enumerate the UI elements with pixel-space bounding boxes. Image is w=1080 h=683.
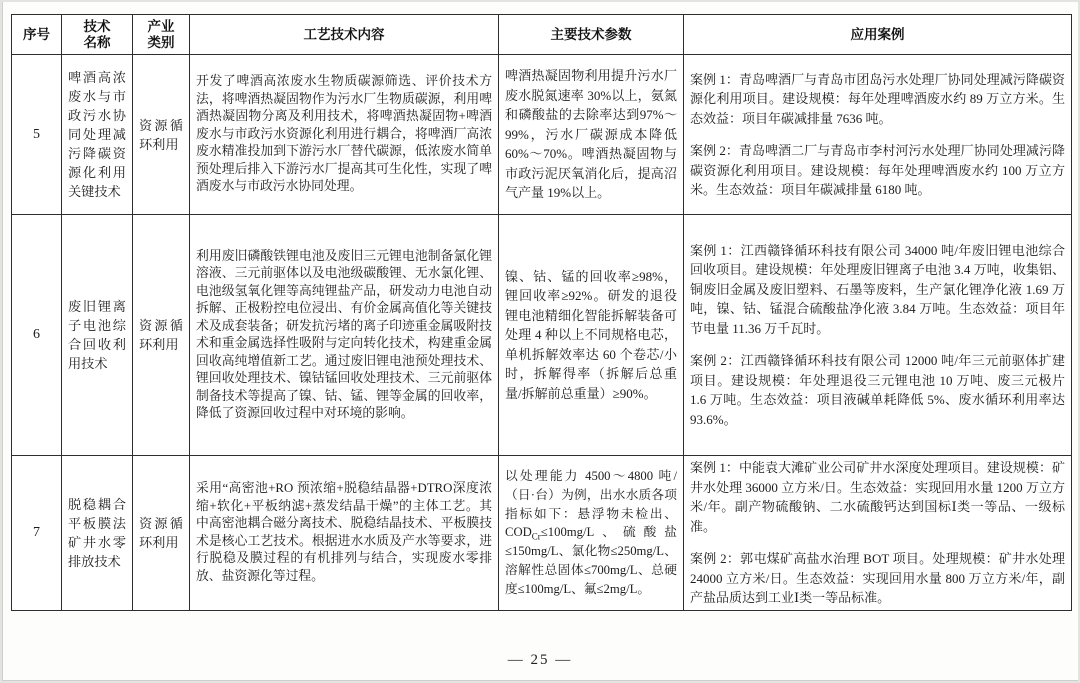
technology-table: 序号 技术 名称 产业 类别 工艺技术内容 主要技术参数 应用案例 5 啤酒高浓… — [11, 14, 1072, 611]
header-technical-parameters: 主要技术参数 — [499, 15, 684, 55]
params-subscript: Cr — [532, 532, 541, 542]
header-process-content: 工艺技术内容 — [190, 15, 499, 55]
case-paragraph: 案例 1：青岛啤酒厂与青岛市团岛污水处理厂协同处理减污降碳资源化利用项目。建设规… — [690, 70, 1065, 129]
cell-serial-number: 7 — [12, 456, 62, 611]
cell-process-content: 采用“高密池+RO 预浓缩+脱稳结晶器+DTRO深度浓缩+软化+平板纳滤+蒸发结… — [190, 456, 499, 611]
header-application-cases: 应用案例 — [684, 15, 1072, 55]
cell-serial-number: 6 — [12, 215, 62, 456]
cell-process-content: 开发了啤酒高浓废水生物质碳源筛选、评价技术方法，将啤酒热凝固物作为污水厂生物质碳… — [190, 55, 499, 215]
table-row: 5 啤酒高浓废水与市政污水协同处理减污降碳资源化利用关键技术 资源循环利用 开发… — [12, 55, 1072, 215]
header-serial-number: 序号 — [12, 15, 62, 55]
table-row: 7 脱稳耦合平板膜法矿井水零排放技术 资源循环利用 采用“高密池+RO 预浓缩+… — [12, 456, 1072, 611]
cell-application-cases: 案例 1：青岛啤酒厂与青岛市团岛污水处理厂协同处理减污降碳资源化利用项目。建设规… — [684, 55, 1072, 215]
cell-application-cases: 案例 1：江西赣锋循环科技有限公司 34000 吨/年废旧锂电池综合回收项目。建… — [684, 215, 1072, 456]
cell-technology-name: 脱稳耦合平板膜法矿井水零排放技术 — [62, 456, 133, 611]
cell-application-cases: 案例 1：中能袁大滩矿业公司矿井水深度处理项目。建设规模：矿井水处理 36000… — [684, 456, 1072, 611]
cell-technical-parameters: 镍、钴、锰的回收率≥98%，锂回收率≥92%。研发的退役锂电池精细化智能拆解装备… — [499, 215, 684, 456]
params-text: 啤酒热凝固物利用提升污水厂废水脱氮速率 30%以上，氨氮和磷酸盐的去除率达到97… — [505, 68, 677, 200]
table-header-row: 序号 技术 名称 产业 类别 工艺技术内容 主要技术参数 应用案例 — [12, 15, 1072, 55]
cell-industry-category: 资源循环利用 — [133, 215, 190, 456]
cell-technology-name: 啤酒高浓废水与市政污水协同处理减污降碳资源化利用关键技术 — [62, 55, 133, 215]
header-industry-category: 产业 类别 — [133, 15, 190, 55]
table-row: 6 废旧锂离子电池综合回收利用技术 资源循环利用 利用废旧磷酸铁锂电池及废旧三元… — [12, 215, 1072, 456]
case-paragraph: 案例 2：郭屯煤矿高盐水治理 BOT 项目。处理规模：矿井水处理 24000 立… — [690, 549, 1065, 608]
params-text: 镍、钴、锰的回收率≥98%，锂回收率≥92%。研发的退役锂电池精细化智能拆解装备… — [505, 269, 677, 401]
case-paragraph: 案例 2：江西赣锋循环科技有限公司 12000 吨/年三元前驱体扩建项目。建设规… — [690, 351, 1065, 429]
case-paragraph: 案例 1：中能袁大滩矿业公司矿井水深度处理项目。建设规模：矿井水处理 36000… — [690, 458, 1065, 536]
cell-technology-name: 废旧锂离子电池综合回收利用技术 — [62, 215, 133, 456]
document-page: 序号 技术 名称 产业 类别 工艺技术内容 主要技术参数 应用案例 5 啤酒高浓… — [0, 0, 1080, 683]
cell-industry-category: 资源循环利用 — [133, 456, 190, 611]
cell-serial-number: 5 — [12, 55, 62, 215]
header-technology-name: 技术 名称 — [62, 15, 133, 55]
case-paragraph: 案例 2：青岛啤酒二厂与青岛市李村河污水处理厂协同处理减污降碳资源化利用项目。建… — [690, 141, 1065, 200]
cell-technical-parameters: 以处理能力 4500～4800 吨/（日·台）为例，出水水质各项指标如下：悬浮物… — [499, 456, 684, 611]
case-paragraph: 案例 1：江西赣锋循环科技有限公司 34000 吨/年废旧锂电池综合回收项目。建… — [690, 241, 1065, 339]
cell-industry-category: 资源循环利用 — [133, 55, 190, 215]
cell-process-content: 利用废旧磷酸铁锂电池及废旧三元锂电池制备氯化锂溶液、三元前驱体以及电池级碳酸锂、… — [190, 215, 499, 456]
cell-technical-parameters: 啤酒热凝固物利用提升污水厂废水脱氮速率 30%以上，氨氮和磷酸盐的去除率达到97… — [499, 55, 684, 215]
page-number: — 25 — — [0, 652, 1080, 669]
